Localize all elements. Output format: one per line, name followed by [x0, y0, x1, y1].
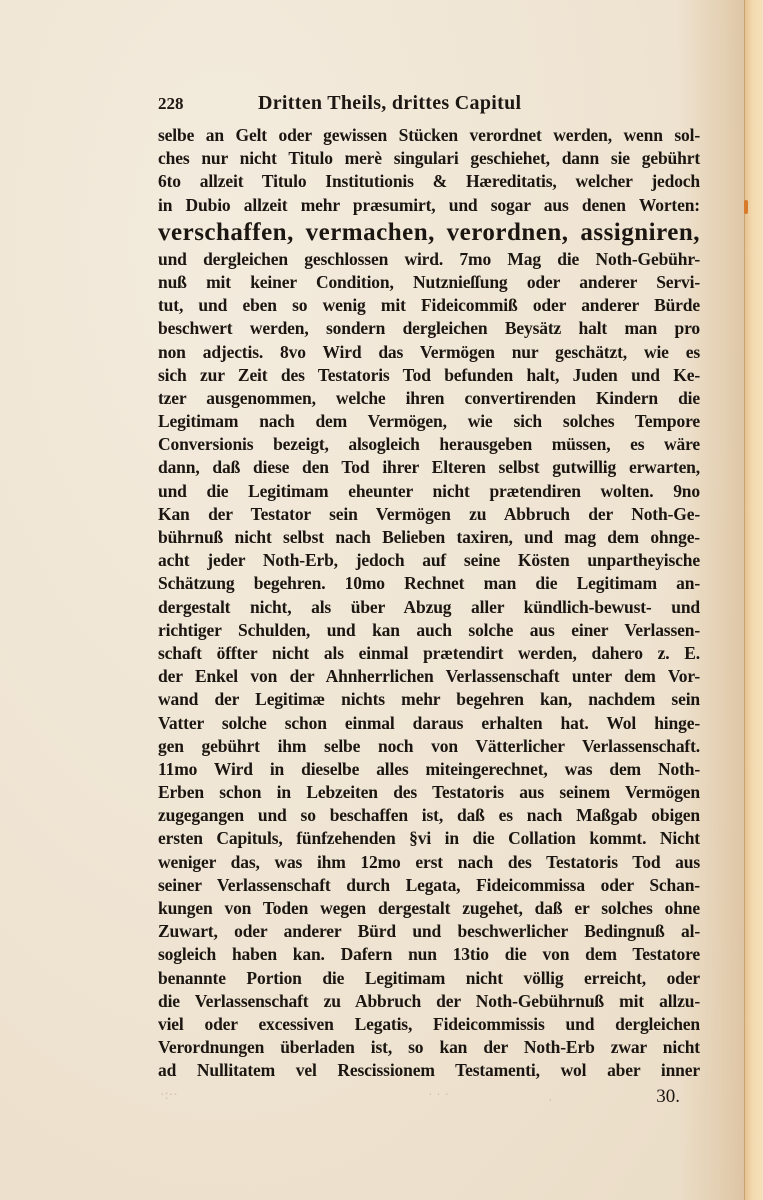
text-line: und dergleichen geschlossen wird. 7mo Ma…: [158, 248, 700, 271]
text-line: nuß mit keiner Condition, Nutznieſſung o…: [158, 271, 700, 294]
text-line: beschwert werden, sondern dergleichen Be…: [158, 317, 700, 340]
text-line: Legitimam nach dem Vermögen, wie sich so…: [158, 410, 700, 433]
text-line: 6to allzeit Titulo Institutionis & Hæred…: [158, 170, 700, 193]
text-line: der Enkel von der Ahnherrlichen Verlasse…: [158, 665, 700, 688]
emphasized-line: verschaffen, vermachen, verordnen, assig…: [158, 217, 700, 248]
text-line: benannte Portion die Legitimam nicht völ…: [158, 967, 700, 990]
text-line: Kan der Testator sein Vermögen zu Abbruc…: [158, 503, 700, 526]
page-edge: [744, 0, 763, 1200]
edge-mark: [744, 200, 748, 214]
text-line: tzer ausgenommen, welche ihren convertir…: [158, 387, 700, 410]
running-head: Dritten Theils, drittes Capitul: [258, 92, 521, 115]
book-page: 228 Dritten Theils, drittes Capitul selb…: [0, 0, 748, 1200]
text-line: acht jeder Noth-Erb, jedoch auf seine Kö…: [158, 549, 700, 572]
text-line: schaft öffter nicht als einmal prætendir…: [158, 642, 700, 665]
text-line: kungen von Toden wegen dergestalt zugehe…: [158, 897, 700, 920]
text-line: wand der Legitimæ nichts mehr begehren k…: [158, 688, 700, 711]
text-line: bührnuß nicht selbst nach Belieben taxir…: [158, 526, 700, 549]
text-line: Zuwart, oder anderer Bürd und beschwerli…: [158, 920, 700, 943]
text-line: seiner Verlassenschaft durch Legata, Fid…: [158, 874, 700, 897]
text-line: non adjectis. 8vo Wird das Vermögen nur …: [158, 341, 700, 364]
text-line: ad Nullitatem vel Rescissionem Testament…: [158, 1059, 700, 1082]
text-line: weniger das, was ihm 12mo erst nach des …: [158, 851, 700, 874]
text-line: dann, daß diese den Tod ihrer Elteren se…: [158, 456, 700, 479]
text-line: Verordnungen überladen ist, so kan der N…: [158, 1036, 700, 1059]
catchword: 30.: [656, 1086, 680, 1108]
text-line: zugegangen und so beschaffen ist, daß es…: [158, 804, 700, 827]
text-line: sogleich haben kan. Dafern nun 13tio die…: [158, 943, 700, 966]
show-through-marks: ·:·· · · · ·: [158, 1088, 698, 1106]
text-line: Erben schon in Lebzeiten des Testatoris …: [158, 781, 700, 804]
text-line: und die Legitimam eheunter nicht prætend…: [158, 480, 700, 503]
page-number: 228: [158, 94, 184, 114]
text-line: gen gebührt ihm selbe noch von Vätterlic…: [158, 735, 700, 758]
text-line: ches nur nicht Titulo merè singulari ges…: [158, 147, 700, 170]
text-line: Schätzung begehren. 10mo Rechnet man die…: [158, 572, 700, 595]
text-line: 11mo Wird in dieselbe alles miteingerech…: [158, 758, 700, 781]
text-line: ersten Capituls, fünfzehenden §vi in die…: [158, 827, 700, 850]
text-line: die Verlassenschaft zu Abbruch der Noth-…: [158, 990, 700, 1013]
text-line: viel oder excessiven Legatis, Fideicommi…: [158, 1013, 700, 1036]
text-line: tut, und eben so wenig mit Fideicommiß o…: [158, 294, 700, 317]
text-line: in Dubio allzeit mehr præsumirt, und sog…: [158, 194, 700, 217]
text-line: selbe an Gelt oder gewissen Stücken vero…: [158, 124, 700, 147]
page-header: 228 Dritten Theils, drittes Capitul: [158, 92, 698, 118]
body-text: selbe an Gelt oder gewissen Stücken vero…: [158, 124, 700, 1083]
text-line: dergestalt nicht, als über Abzug aller k…: [158, 596, 700, 619]
text-line: sich zur Zeit des Testatoris Tod befunde…: [158, 364, 700, 387]
text-line: Vatter solche schon einmal daraus erhalt…: [158, 712, 700, 735]
text-line: Conversionis bezeigt, alsogleich herausg…: [158, 433, 700, 456]
text-line: richtiger Schulden, und kan auch solche …: [158, 619, 700, 642]
